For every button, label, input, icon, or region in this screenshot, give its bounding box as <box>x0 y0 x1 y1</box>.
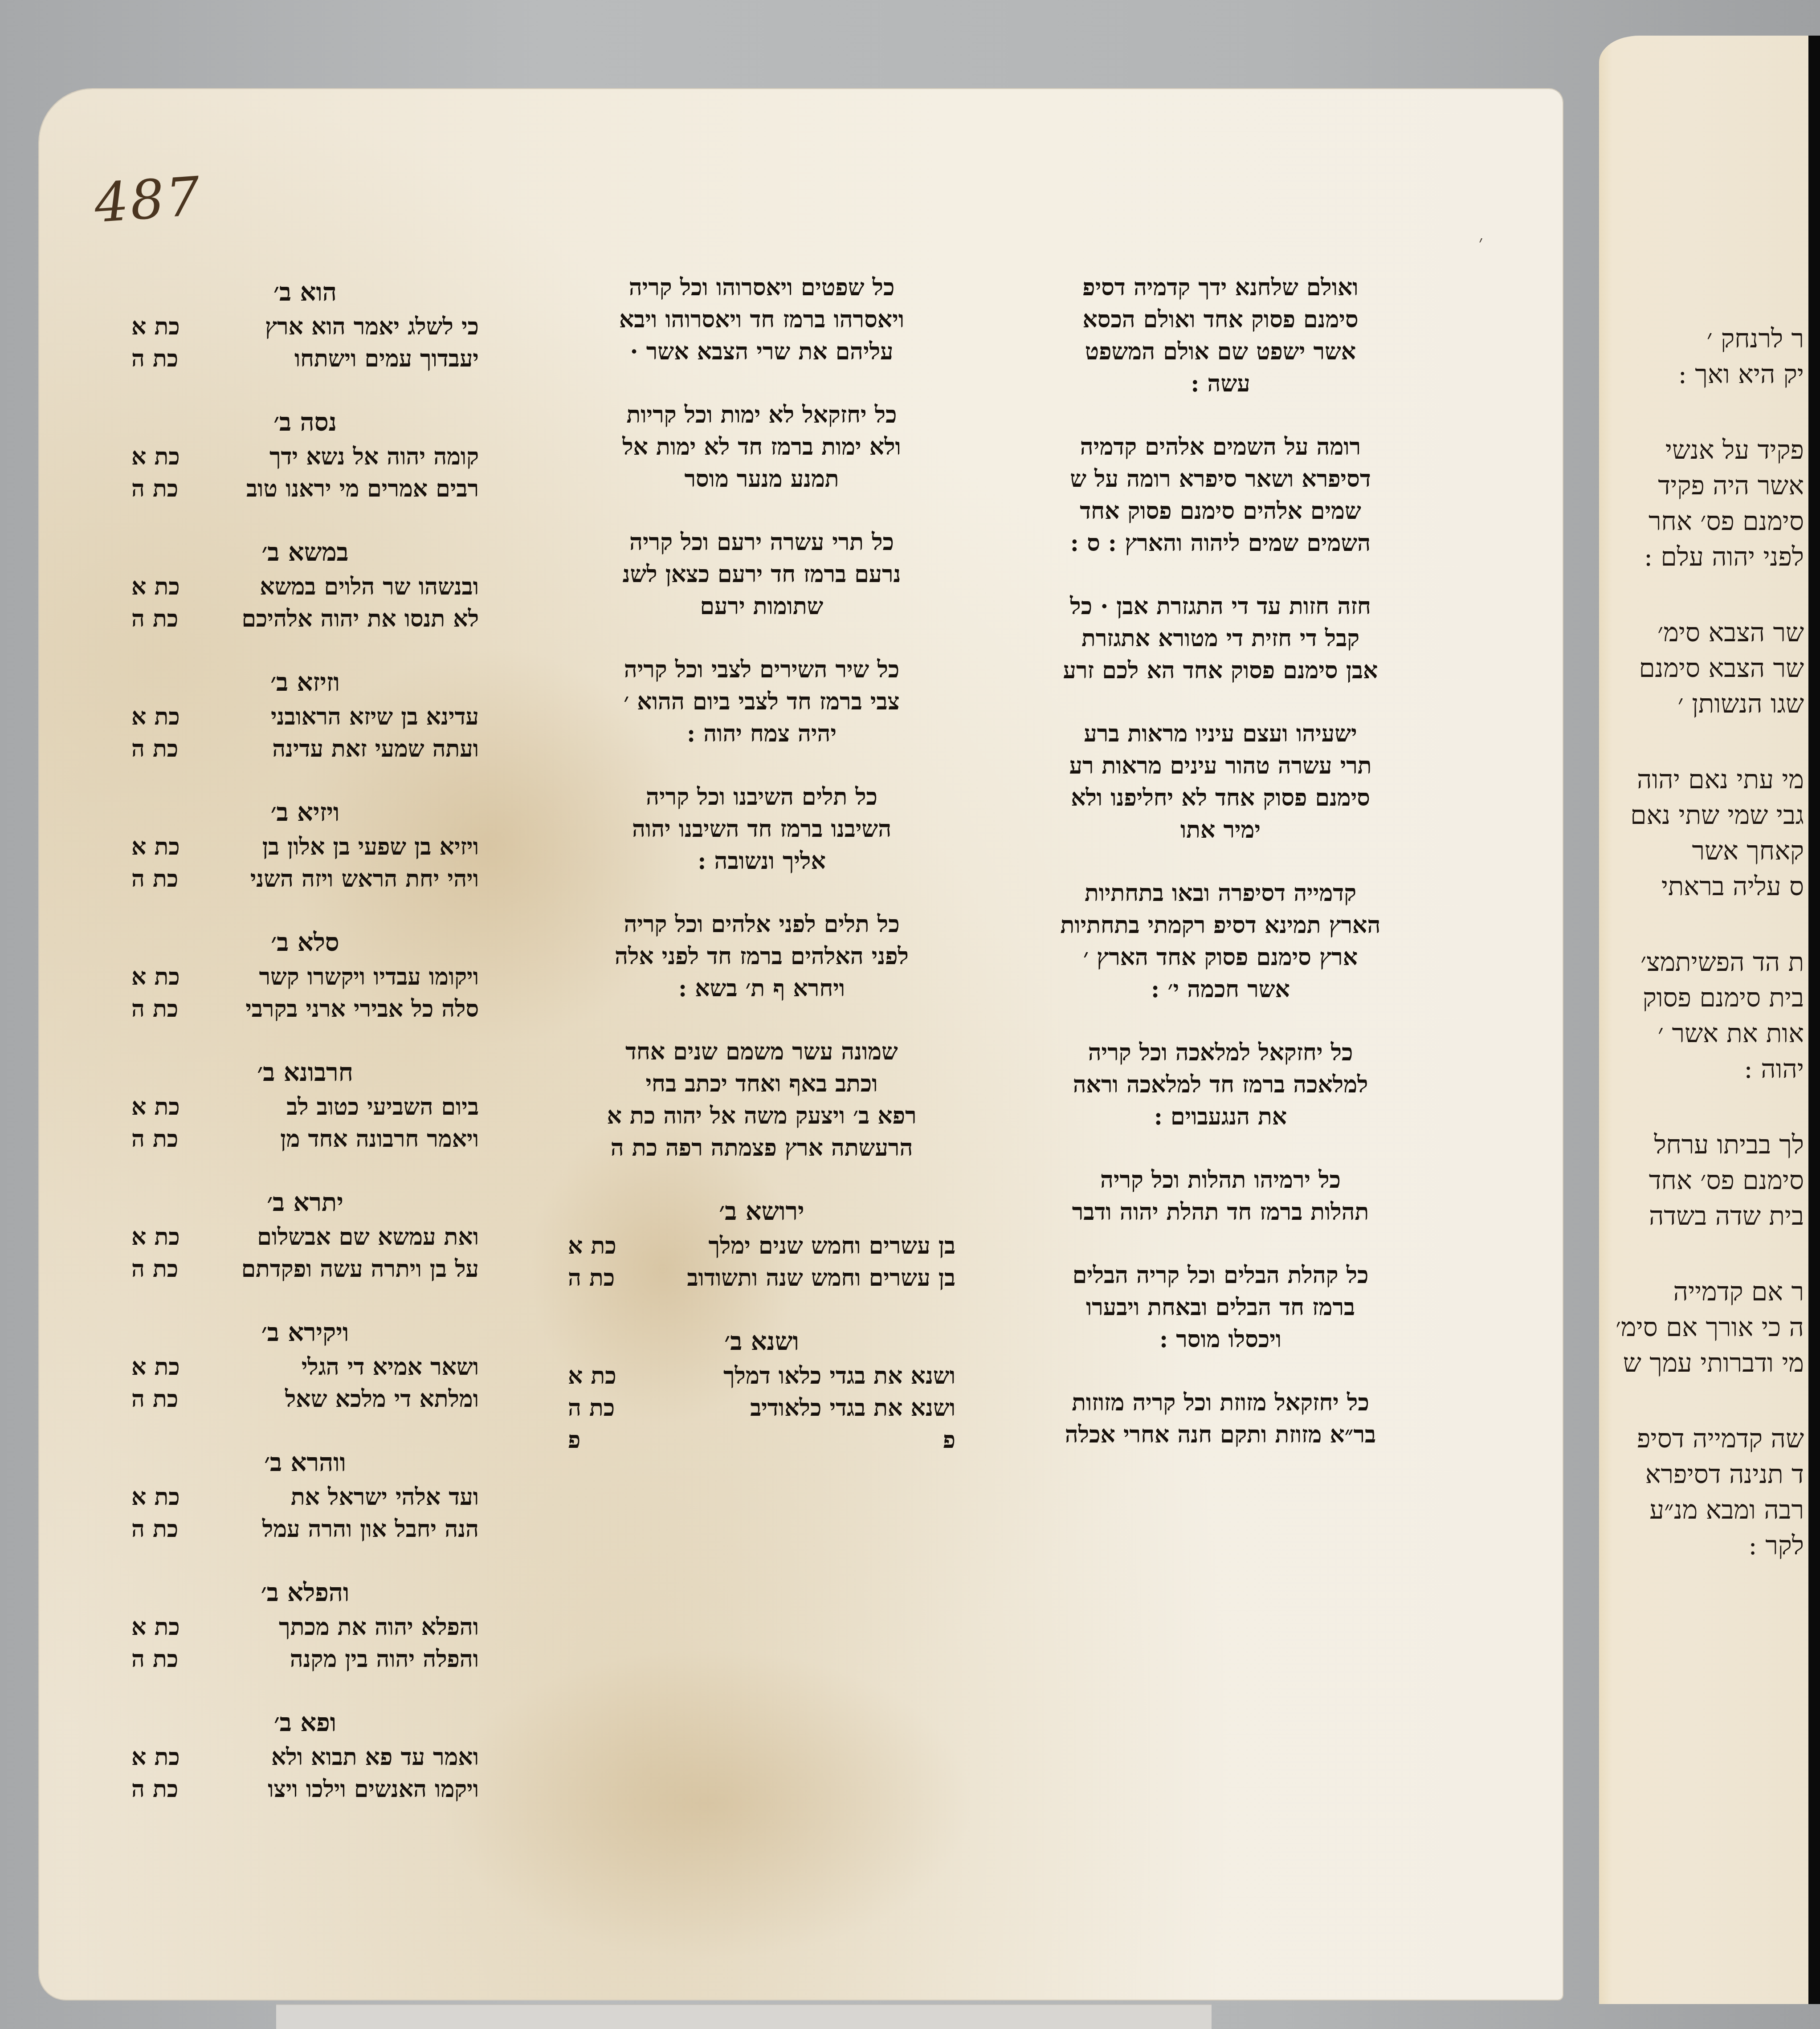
line-text: ולא ימות ברמז חד לא ימות אל <box>622 431 901 463</box>
line-text: אבן סימנם פסוק אחד הא לכם זרע <box>1063 655 1378 687</box>
masorah-entry: והפלא ב׳והפלא יהוה את מכתךכת אוהפלה יהוה… <box>131 1577 479 1675</box>
text-line: ימיר אתו <box>1020 814 1421 846</box>
text-line: בר״א מזוזת ותקם חנה אחרי אכלה <box>1020 1419 1421 1451</box>
citation-note: כת ה <box>131 1253 198 1285</box>
line-text: בר״א מזוזת ותקם חנה אחרי אכלה <box>1065 1419 1376 1451</box>
text-line: סימנם פסוק אחד ואולם הכסא <box>1020 304 1421 336</box>
cited-line: ובנשהו שר הלוים במשאכת א <box>131 571 479 603</box>
line-text: כל תרי עשרה ירעם וכל קריה <box>629 526 894 558</box>
adjacent-line: קאחך אשר <box>1617 833 1804 868</box>
citation-note: כת א <box>131 1481 198 1513</box>
cited-line: סלה כל אבירי ארני בקרביכת ה <box>131 993 479 1025</box>
text-line: רומה על השמים אלהים קדמיה <box>1020 431 1421 463</box>
adjacent-line: שר הצבא סימ׳ <box>1617 615 1804 650</box>
line-text: ואמר עד פא תבוא ולא <box>271 1741 479 1773</box>
citation-note: כת ה <box>131 1773 198 1805</box>
masorah-entry: שמונה עשר משמם שנים אחדוכתב באף ואחד יכת… <box>568 1036 955 1164</box>
citation-note: כת ה <box>568 1262 635 1294</box>
citation-note: כת ה <box>131 603 198 635</box>
line-text: למלאכה ברמז חד למלאכה וראה <box>1073 1069 1368 1101</box>
cited-line: לא תנסו את יהוה אלהיכםכת ה <box>131 603 479 635</box>
citation-note: כת ה <box>131 863 198 895</box>
citation-note: כת א <box>131 441 198 473</box>
text-line: ויכסלו מוסר : <box>1020 1324 1421 1356</box>
citation-note: כת ה <box>131 473 198 505</box>
line-text: רבים אמרים מי יראנו טוב <box>246 473 479 505</box>
adjacent-line: שגו הנשותן ׳ <box>1617 686 1804 721</box>
entry-heading: וזיזא ב׳ <box>131 666 479 698</box>
adjacent-line: שה קדמייה דסיפ <box>1617 1421 1804 1456</box>
text-line: יהיה צמח יהוה : <box>568 718 955 750</box>
masorah-entry: ואולם שלחנא ידך קדמיה דסיפסימנם פסוק אחד… <box>1020 272 1421 400</box>
line-text: סימנם פסוק אחד לא יחליפנו ולא <box>1071 782 1370 814</box>
adjacent-line: בית שדה בשדה <box>1617 1198 1804 1234</box>
citation-note: כת א <box>131 1611 198 1643</box>
entry-heading: והפלא ב׳ <box>131 1577 479 1609</box>
line-text: ושאר אמיא די הגלי <box>302 1351 479 1383</box>
masorah-entry: כל שפטים ויאסרוהו וכל קריהויאסרהו ברמז ח… <box>568 272 955 368</box>
cited-line: ויאמר חרבונה אחד מןכת ה <box>131 1123 479 1155</box>
line-text: ושנא את בגדי כלאודיב <box>750 1392 955 1424</box>
line-text: לא תנסו את יהוה אלהיכם <box>241 603 479 635</box>
line-text: וכתב באף ואחד יכתב בחי <box>645 1068 877 1100</box>
line-text: ואת עמשא שם אבשלום <box>257 1221 479 1253</box>
cited-line: רבים אמרים מי יראנו טובכת ה <box>131 473 479 505</box>
adjacent-line: אות את אשר ׳ <box>1617 1015 1804 1051</box>
line-text: כל תלים לפני אלהים וכל קריה <box>624 909 899 941</box>
line-text: השמים שמים ליהוה והארץ : ס : <box>1070 527 1371 559</box>
entry-heading: ופא ב׳ <box>131 1707 479 1739</box>
cited-line: ואת עמשא שם אבשלוםכת א <box>131 1221 479 1253</box>
line-text: ביום השביעי כטוב לב <box>286 1091 479 1123</box>
text-line: אבן סימנם פסוק אחד הא לכם זרע <box>1020 655 1421 687</box>
masorah-entry: כל תלים לפני אלהים וכל קריהלפני האלהים ב… <box>568 909 955 1005</box>
text-line: צבי ברמז חד לצבי ביום ההוא ׳ <box>568 686 955 718</box>
text-line: ויחרא ף ת׳ בשא : <box>568 973 955 1005</box>
citation-note: כת ה <box>131 343 198 375</box>
line-text: והפלא יהוה את מכתך <box>279 1611 479 1643</box>
masorah-entry: הוא ב׳כי לשלג יאמר הוא ארץכת איעבדוך עמי… <box>131 276 479 375</box>
adjacent-line: לפני יהוה עלם : <box>1617 539 1804 574</box>
line-text: בן עשרים וחמש שנה ותשודוב <box>687 1262 955 1294</box>
citation-note: כת א <box>131 311 198 343</box>
line-text: ברמז חד הבלים ובאחת ויבערו <box>1086 1292 1355 1324</box>
entry-heading: סלא ב׳ <box>131 926 479 958</box>
line-text: ושנא את בגדי כלאו דמלך <box>723 1360 955 1392</box>
text-line: שמונה עשר משמם שנים אחד <box>568 1036 955 1068</box>
line-text: קדמייה דסיפרה ובאו בתחתיות <box>1085 877 1356 909</box>
citation-note: כת א <box>131 1351 198 1383</box>
petuha-mark: פ <box>943 1424 955 1456</box>
line-text: ויקמו האנשים וילכו ויצו <box>268 1773 479 1805</box>
text-line: כל יחזקאל למלאכה וכל קריה <box>1020 1037 1421 1069</box>
line-text: לפני האלהים ברמז חד לפני אלה <box>615 941 909 973</box>
text-line: כל יחזקאל לא ימות וכל קריות <box>568 399 955 431</box>
adjacent-line: פקיד על אנשי <box>1617 432 1804 468</box>
text-line: כל קהלת הבלים וכל קריה הבלים <box>1020 1259 1421 1292</box>
line-text: כל תלים השיבנו וכל קריה <box>646 781 877 813</box>
text-line: וכתב באף ואחד יכתב בחי <box>568 1068 955 1100</box>
adjacent-line: שר הצבא סימנם <box>1617 650 1804 686</box>
line-text: אשר חכמה י׳ : <box>1151 974 1290 1006</box>
petuha-mark: פ <box>568 1424 580 1456</box>
line-text: עדינא בן שיזא הראובני <box>271 701 479 733</box>
text-line: שתומות ירעם <box>568 591 955 623</box>
cited-line: כי לשלג יאמר הוא ארץכת א <box>131 311 479 343</box>
line-text: כי לשלג יאמר הוא ארץ <box>265 311 479 343</box>
line-text: רפא ב׳ ויצעק משה אל יהוה כת א <box>607 1100 917 1132</box>
line-text: יעבדוך עמים וישתחו <box>294 343 479 375</box>
entry-heading: ויזיא ב׳ <box>131 796 479 828</box>
masorah-entry: כל יחזקאל מזוזת וכל קריה מזוזותבר״א מזוז… <box>1020 1387 1421 1451</box>
line-text: אליך ונשובה : <box>698 845 826 877</box>
line-text: כל יחזקאל למלאכה וכל קריה <box>1088 1037 1353 1069</box>
line-text: עליהם את שרי הצבא אשר · <box>630 336 894 368</box>
line-text: הרעשתה ארץ פצמתה רפה כת ה <box>611 1132 913 1164</box>
entry-heading: נסה ב׳ <box>131 406 479 438</box>
cited-line: ויזיא בן שפעי בן אלון בןכת א <box>131 831 479 863</box>
masorah-entry: ישעיהו ועצם עיניו מראות ברעתרי עשרה טהור… <box>1020 718 1421 846</box>
cited-line: והפלא יהוה את מכתךכת א <box>131 1611 479 1643</box>
text-line: קדמייה דסיפרה ובאו בתחתיות <box>1020 877 1421 909</box>
text-line: כל שפטים ויאסרוהו וכל קריה <box>568 272 955 304</box>
text-line: סימנם פסוק אחד לא יחליפנו ולא <box>1020 782 1421 814</box>
folio-number: 487 <box>92 166 204 235</box>
text-line: חזה חזות עד די התגזרת אבן · כל <box>1020 591 1421 623</box>
line-text: ויזיא בן שפעי בן אלון בן <box>262 831 479 863</box>
adjacent-page: ר לרנחק ׳יק היא ואך :פקיד על אנשיאשר היה… <box>1599 36 1820 2004</box>
line-text: עשה : <box>1191 368 1250 400</box>
masorah-entry: כל קהלת הבלים וכל קריה הבליםברמז חד הבלי… <box>1020 1259 1421 1356</box>
adjacent-line: בית סימנם פסוק <box>1617 980 1804 1015</box>
line-text: ובנשהו שר הלוים במשא <box>260 571 479 603</box>
citation-note: כת ה <box>568 1392 635 1424</box>
end-marks: פפ <box>568 1424 955 1456</box>
line-text: כל ירמיהו תהלות וכל קריה <box>1100 1164 1341 1196</box>
adjacent-line: ר אם קדמייה <box>1617 1274 1804 1309</box>
cited-line: ביום השביעי כטוב לבכת א <box>131 1091 479 1123</box>
text-line: כל תרי עשרה ירעם וכל קריה <box>568 526 955 558</box>
adjacent-line: רבה ומבא מנ״ע <box>1617 1492 1804 1528</box>
citation-note: כת א <box>568 1360 635 1392</box>
masorah-entry: ופא ב׳ואמר עד פא תבוא ולאכת אויקמו האנשי… <box>131 1707 479 1805</box>
line-text: ועד אלהי ישראל את <box>291 1481 479 1513</box>
line-text: ימיר אתו <box>1180 814 1261 846</box>
line-text: שתומות ירעם <box>700 591 824 623</box>
adjacent-line: אשר היה פקיד <box>1617 468 1804 503</box>
line-text: כל יחזקאל מזוזת וכל קריה מזוזות <box>1072 1387 1369 1419</box>
masorah-entry: חרבונא ב׳ביום השביעי כטוב לבכת אויאמר חר… <box>131 1056 479 1155</box>
adjacent-line: לך בביתו ערחל <box>1617 1127 1804 1162</box>
text-line: תמנע מנער מוסר <box>568 463 955 495</box>
masorah-entry: כל שיר השירים לצבי וכל קריהצבי ברמז חד ל… <box>568 654 955 750</box>
masorah-entry: ויזיא ב׳ויזיא בן שפעי בן אלון בןכת אויהי… <box>131 796 479 895</box>
text-column-middle: כל שפטים ויאסרוהו וכל קריהויאסרהו ברמז ח… <box>568 272 955 1487</box>
water-stain <box>440 1648 975 1960</box>
line-text: ומלתא די מלכא שאל <box>285 1383 479 1415</box>
cited-line: ויקומו עבדיו ויקשרו קשרכת א <box>131 961 479 993</box>
masorah-entry: ושנא ב׳ושנא את בגדי כלאו דמלךכת אושנא את… <box>568 1325 955 1456</box>
line-text: קומה יהוה אל נשא ידך <box>269 441 479 473</box>
line-text: ויאסרהו ברמז חד ויאסרוהו ויבא <box>619 304 904 336</box>
cited-line: והפלה יהוה בין מקנהכת ה <box>131 1643 479 1675</box>
cited-line: יעבדוך עמים וישתחוכת ה <box>131 343 479 375</box>
text-line: אשר חכמה י׳ : <box>1020 974 1421 1006</box>
masorah-entry: כל תלים השיבנו וכל קריההשיבנו ברמז חד הש… <box>568 781 955 877</box>
entry-heading: ויקירא ב׳ <box>131 1316 479 1349</box>
text-line: תרי עשרה טהור עינים מראות רע <box>1020 750 1421 782</box>
line-text: יהיה צמח יהוה : <box>687 718 837 750</box>
cited-line: הנה יחבל און והרה עמלכת ה <box>131 1513 479 1545</box>
citation-note: כת א <box>131 571 198 603</box>
cited-line: על בן ויתרה עשה ופקדתםכת ה <box>131 1253 479 1285</box>
line-text: כל יחזקאל לא ימות וכל קריות <box>627 399 897 431</box>
text-line: רפא ב׳ ויצעק משה אל יהוה כת א <box>568 1100 955 1132</box>
text-line: ויאסרהו ברמז חד ויאסרוהו ויבא <box>568 304 955 336</box>
line-text: נרעם ברמז חד ירעם כצאן לשנ <box>623 558 901 591</box>
citation-note: כת ה <box>131 1383 198 1415</box>
citation-note: כת א <box>568 1230 635 1262</box>
entry-heading: ווהרא ב׳ <box>131 1446 479 1479</box>
masorah-entry: נסה ב׳קומה יהוה אל נשא ידךכת ארבים אמרים… <box>131 406 479 505</box>
text-line: נרעם ברמז חד ירעם כצאן לשנ <box>568 558 955 591</box>
citation-note: כת ה <box>131 1513 198 1545</box>
adjacent-page-text: ר לרנחק ׳יק היא ואך :פקיד על אנשיאשר היה… <box>1617 321 1804 1563</box>
line-text: בן עשרים וחמש שנים ימלך <box>709 1230 955 1262</box>
line-text: צבי ברמז חד לצבי ביום ההוא ׳ <box>624 686 900 718</box>
adjacent-line: ד תנינה דסיפרא <box>1617 1456 1804 1492</box>
text-line: ואולם שלחנא ידך קדמיה דסיפ <box>1020 272 1421 304</box>
cited-line: קומה יהוה אל נשא ידךכת א <box>131 441 479 473</box>
cited-line: ושנא את בגדי כלאודיבכת ה <box>568 1392 955 1424</box>
line-text: ויקומו עבדיו ויקשרו קשר <box>259 961 479 993</box>
entry-heading: הוא ב׳ <box>131 276 479 308</box>
citation-note: כת ה <box>131 993 198 1025</box>
adjacent-line: יק היא ואך : <box>1617 356 1804 392</box>
masorah-entry: במשא ב׳ובנשהו שר הלוים במשאכת אלא תנסו א… <box>131 536 479 635</box>
adjacent-line: יהוה : <box>1617 1051 1804 1087</box>
masorah-entry: ירושא ב׳בן עשרים וחמש שנים ימלךכת אבן עש… <box>568 1195 955 1294</box>
text-line: כל שיר השירים לצבי וכל קריה <box>568 654 955 686</box>
text-line: כל תלים השיבנו וכל קריה <box>568 781 955 813</box>
line-text: אשר ישפט שם אולם המשפט <box>1085 336 1356 368</box>
masorah-entry: כל יחזקאל לא ימות וכל קריותולא ימות ברמז… <box>568 399 955 495</box>
text-line: לפני האלהים ברמז חד לפני אלה <box>568 941 955 973</box>
line-text: ויהי יחת הראש ויזה השני <box>250 863 479 895</box>
line-text: והפלה יהוה בין מקנה <box>290 1643 479 1675</box>
entry-heading: יתרא ב׳ <box>131 1186 479 1218</box>
text-column-left: הוא ב׳כי לשלג יאמר הוא ארץכת איעבדוך עמי… <box>131 272 479 1837</box>
citation-note: כת א <box>131 831 198 863</box>
masorah-entry: כל יחזקאל למלאכה וכל קריהלמלאכה ברמז חד … <box>1020 1037 1421 1133</box>
text-line: תהלות ברמז חד תהלת יהוה ודבר <box>1020 1196 1421 1228</box>
line-text: סימנם פסוק אחד ואולם הכסא <box>1082 304 1358 336</box>
line-text: רומה על השמים אלהים קדמיה <box>1080 431 1361 463</box>
text-line: השמים שמים ליהוה והארץ : ס : <box>1020 527 1421 559</box>
masorah-entry: חזה חזות עד די התגזרת אבן · כלקבל די חזי… <box>1020 591 1421 687</box>
cited-line: ומלתא די מלכא שאלכת ה <box>131 1383 479 1415</box>
cited-line: ועתה שמעי זאת עדינהכת ה <box>131 733 479 765</box>
text-line: ישעיהו ועצם עיניו מראות ברע <box>1020 718 1421 750</box>
line-text: ארץ סימנם פסוק אחד הארץ ׳ <box>1083 941 1358 974</box>
line-text: ואולם שלחנא ידך קדמיה דסיפ <box>1082 272 1358 304</box>
text-line: כל יחזקאל מזוזת וכל קריה מזוזות <box>1020 1387 1421 1419</box>
masorah-entry: ווהרא ב׳ועד אלהי ישראל אתכת אהנה יחבל או… <box>131 1446 479 1545</box>
entry-heading: ירושא ב׳ <box>568 1195 955 1227</box>
adjacent-line: סימנם פס׳ אחר <box>1617 503 1804 539</box>
cited-line: עדינא בן שיזא הראובניכת א <box>131 701 479 733</box>
line-text: שמים אלהים סימנם פסוק אחד <box>1080 495 1361 527</box>
cited-line: בן עשרים וחמש שנים ימלךכת א <box>568 1230 955 1262</box>
citation-note: כת א <box>131 1091 198 1123</box>
text-line: למלאכה ברמז חד למלאכה וראה <box>1020 1069 1421 1101</box>
text-line: עליהם את שרי הצבא אשר · <box>568 336 955 368</box>
adjacent-line: מי עתי נאם יהוה <box>1617 762 1804 797</box>
masorah-entry: כל תרי עשרה ירעם וכל קריהנרעם ברמז חד יר… <box>568 526 955 623</box>
text-line: השיבנו ברמז חד השיבנו יהוה <box>568 813 955 845</box>
citation-note: כת א <box>131 1741 198 1773</box>
citation-note: כת ה <box>131 1643 198 1675</box>
scan-reference-card <box>276 2004 1212 2029</box>
text-line: אליך ונשובה : <box>568 845 955 877</box>
text-line: ולא ימות ברמז חד לא ימות אל <box>568 431 955 463</box>
masorah-entry: סלא ב׳ויקומו עבדיו ויקשרו קשרכת אסלה כל … <box>131 926 479 1025</box>
citation-note: כת ה <box>131 733 198 765</box>
text-line: את הנגעבוים : <box>1020 1101 1421 1133</box>
masorah-entry: קדמייה דסיפרה ובאו בתחתיותהארץ תמינא דסי… <box>1020 877 1421 1006</box>
text-line: כל תלים לפני אלהים וכל קריה <box>568 909 955 941</box>
cited-line: ועד אלהי ישראל אתכת א <box>131 1481 479 1513</box>
text-line: ברמז חד הבלים ובאחת ויבערו <box>1020 1292 1421 1324</box>
line-text: הנה יחבל און והרה עמל <box>262 1513 479 1545</box>
line-text: ויחרא ף ת׳ בשא : <box>678 973 845 1005</box>
cited-line: ויהי יחת הראש ויזה השניכת ה <box>131 863 479 895</box>
adjacent-line: ר לרנחק ׳ <box>1617 321 1804 356</box>
citation-note: כת א <box>131 1221 198 1253</box>
line-text: כל שיר השירים לצבי וכל קריה <box>624 654 899 686</box>
adjacent-line: גבי שמי שתי נאם <box>1617 797 1804 833</box>
text-line: קבל די חזית די מטורא אתגזרת <box>1020 623 1421 655</box>
text-line: עשה : <box>1020 368 1421 400</box>
line-text: ויכסלו מוסר : <box>1159 1324 1281 1356</box>
masorah-entry: רומה על השמים אלהים קדמיהדסיפרא ושאר סיפ… <box>1020 431 1421 559</box>
margin-tick-mark: ׳ <box>1479 232 1483 253</box>
line-text: תהלות ברמז חד תהלת יהוה ודבר <box>1072 1196 1369 1228</box>
line-text: הארץ תמינא דסיפ רקמתי בתחתיות <box>1061 909 1381 941</box>
masorah-entry: וזיזא ב׳עדינא בן שיזא הראובניכת אועתה שמ… <box>131 666 479 765</box>
text-line: הארץ תמינא דסיפ רקמתי בתחתיות <box>1020 909 1421 941</box>
line-text: השיבנו ברמז חד השיבנו יהוה <box>632 813 891 845</box>
adjacent-line: ס עליה בראתי <box>1617 868 1804 904</box>
masorah-entry: כל ירמיהו תהלות וכל קריהתהלות ברמז חד תה… <box>1020 1164 1421 1228</box>
cited-line: ואמר עד פא תבוא ולאכת א <box>131 1741 479 1773</box>
cited-line: ויקמו האנשים וילכו ויצוכת ה <box>131 1773 479 1805</box>
text-line: ארץ סימנם פסוק אחד הארץ ׳ <box>1020 941 1421 974</box>
text-line: דסיפרא ושאר סיפרא רומה על ש <box>1020 463 1421 495</box>
citation-note: כת ה <box>131 1123 198 1155</box>
cited-line: ושאר אמיא די הגליכת א <box>131 1351 479 1383</box>
binding-shadow <box>1808 36 1820 2004</box>
line-text: חזה חזות עד די התגזרת אבן · כל <box>1070 591 1371 623</box>
masorah-entry: יתרא ב׳ואת עמשא שם אבשלוםכת אעל בן ויתרה… <box>131 1186 479 1285</box>
adjacent-line: ת הד הפשיתמצ׳ <box>1617 944 1804 980</box>
line-text: תרי עשרה טהור עינים מראות רע <box>1069 750 1371 782</box>
line-text: קבל די חזית די מטורא אתגזרת <box>1081 623 1359 655</box>
citation-note: כת א <box>131 961 198 993</box>
cited-line: בן עשרים וחמש שנה ותשודובכת ה <box>568 1262 955 1294</box>
entry-heading: במשא ב׳ <box>131 536 479 568</box>
adjacent-line: מי ודברותי עמך ש <box>1617 1345 1804 1381</box>
line-text: כל קהלת הבלים וכל קריה הבלים <box>1073 1259 1369 1292</box>
text-column-right: ואולם שלחנא ידך קדמיה דסיפסימנם פסוק אחד… <box>1020 272 1421 1482</box>
line-text: סלה כל אבירי ארני בקרבי <box>245 993 479 1025</box>
masorah-entry: ויקירא ב׳ושאר אמיא די הגליכת אומלתא די מ… <box>131 1316 479 1415</box>
text-line: אשר ישפט שם אולם המשפט <box>1020 336 1421 368</box>
line-text: ועתה שמעי זאת עדינה <box>272 733 479 765</box>
adjacent-line: סימנם פס׳ אחד <box>1617 1162 1804 1198</box>
cited-line: ושנא את בגדי כלאו דמלךכת א <box>568 1360 955 1392</box>
line-text: שמונה עשר משמם שנים אחד <box>625 1036 898 1068</box>
text-line: שמים אלהים סימנם פסוק אחד <box>1020 495 1421 527</box>
citation-note: כת א <box>131 701 198 733</box>
text-line: הרעשתה ארץ פצמתה רפה כת ה <box>568 1132 955 1164</box>
line-text: כל שפטים ויאסרוהו וכל קריה <box>629 272 895 304</box>
line-text: דסיפרא ושאר סיפרא רומה על ש <box>1070 463 1371 495</box>
line-text: את הנגעבוים : <box>1154 1101 1287 1133</box>
entry-heading: ושנא ב׳ <box>568 1325 955 1357</box>
text-line: כל ירמיהו תהלות וכל קריה <box>1020 1164 1421 1196</box>
line-text: ויאמר חרבונה אחד מן <box>280 1123 479 1155</box>
adjacent-line: לקר : <box>1617 1528 1804 1563</box>
line-text: על בן ויתרה עשה ופקדתם <box>241 1253 479 1285</box>
entry-heading: חרבונא ב׳ <box>131 1056 479 1088</box>
adjacent-line: ה כי אורך אם סימ׳ <box>1617 1309 1804 1345</box>
line-text: ישעיהו ועצם עיניו מראות ברע <box>1084 718 1357 750</box>
line-text: תמנע מנער מוסר <box>684 463 839 495</box>
